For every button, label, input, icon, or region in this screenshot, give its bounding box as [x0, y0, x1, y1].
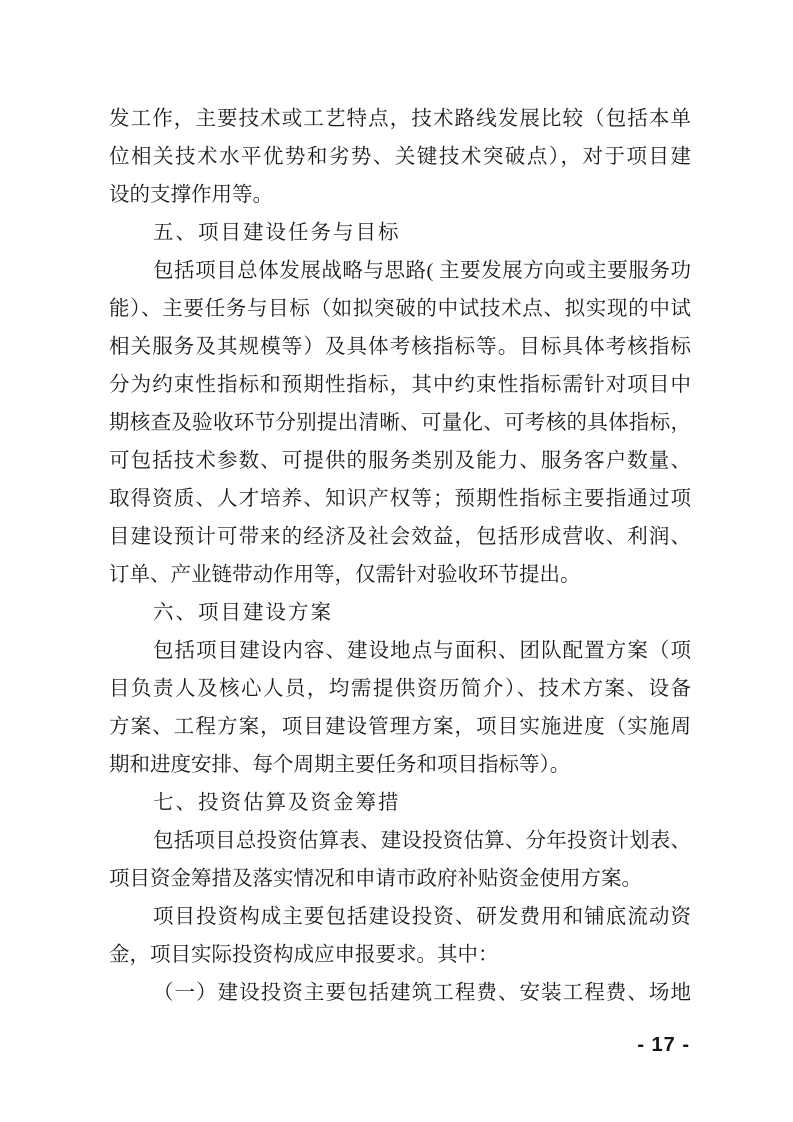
body-line: 设的支撑作用等。 [109, 176, 691, 214]
body-line: 发工作，主要技术或工艺特点，技术路线发展比较（包括本单 [109, 100, 691, 138]
body-line: 金，项目实际投资构成应申报要求。其中： [109, 936, 691, 974]
body-line: 能）、主要任务与目标（如拟突破的中试技术点、拟实现的中试 [109, 290, 691, 328]
body-line: 分为约束性指标和预期性指标，其中约束性指标需针对项目中 [109, 366, 691, 404]
body-line: 位相关技术水平优势和劣势、关键技术突破点），对于项目建 [109, 138, 691, 176]
body-line: 期和进度安排、每个周期主要任务和项目指标等）。 [109, 746, 691, 784]
page-number: - 17 - [637, 1031, 690, 1059]
section-heading: 六、项目建设方案 [109, 594, 691, 632]
body-line: 包括项目总投资估算表、建设投资估算、分年投资计划表、 [109, 822, 691, 860]
body-line: 项目资金筹措及落实情况和申请市政府补贴资金使用方案。 [109, 860, 691, 898]
section-heading: 七、投资估算及资金筹措 [109, 784, 691, 822]
body-line: 目负责人及核心人员，均需提供资历简介）、技术方案、设备 [109, 670, 691, 708]
body-line: 目建设预计可带来的经济及社会效益，包括形成营收、利润、 [109, 518, 691, 556]
section-heading: 五、项目建设任务与目标 [109, 214, 691, 252]
body-line: 方案、工程方案，项目建设管理方案，项目实施进度（实施周 [109, 708, 691, 746]
body-line: 相关服务及其规模等）及具体考核指标等。目标具体考核指标 [109, 328, 691, 366]
document-page: 发工作，主要技术或工艺特点，技术路线发展比较（包括本单 位相关技术水平优势和劣势… [0, 0, 793, 1122]
body-line: 项目投资构成主要包括建设投资、研发费用和铺底流动资 [109, 898, 691, 936]
body-line: 订单、产业链带动作用等，仅需针对验收环节提出。 [109, 556, 691, 594]
body-line: 包括项目总体发展战略与思路( 主要发展方向或主要服务功 [109, 252, 691, 290]
body-line: 包括项目建设内容、建设地点与面积、团队配置方案（项 [109, 632, 691, 670]
body-line: （一）建设投资主要包括建筑工程费、安装工程费、场地 [109, 974, 691, 1012]
body-line: 期核查及验收环节分别提出清晰、可量化、可考核的具体指标， [109, 404, 691, 442]
body-line: 取得资质、人才培养、知识产权等；预期性指标主要指通过项 [109, 480, 691, 518]
document-body: 发工作，主要技术或工艺特点，技术路线发展比较（包括本单 位相关技术水平优势和劣势… [109, 100, 691, 1012]
body-line: 可包括技术参数、可提供的服务类别及能力、服务客户数量、 [109, 442, 691, 480]
